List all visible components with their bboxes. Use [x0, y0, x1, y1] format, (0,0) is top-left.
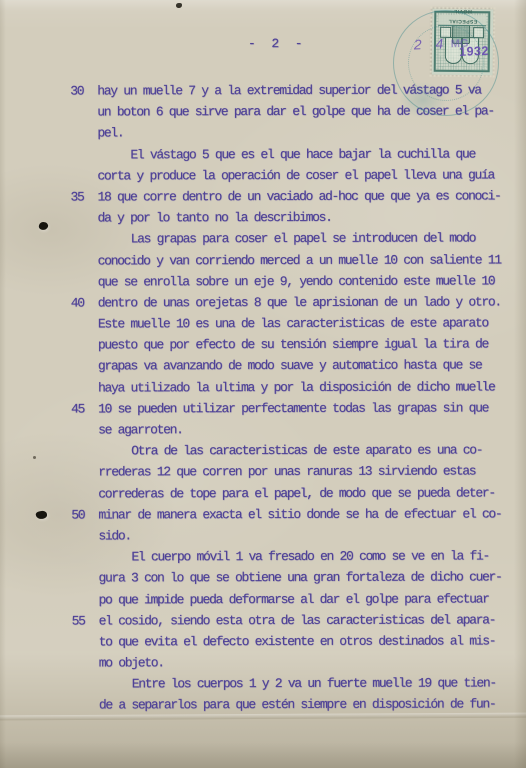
- typed-line: 4510 se pueden utilizar perfectamente to…: [0, 397, 526, 420]
- typed-text: rrederas 12 que corren por unas ranuras …: [98, 464, 475, 480]
- document-page: - 2 - ESPECIAL MOVIL 2 4 MG 1932 30hay u…: [0, 0, 526, 768]
- date-stamp-year: 1932: [459, 44, 489, 59]
- typed-text: gura 3 con lo que se obtiene una gran fo…: [98, 570, 501, 586]
- typed-line: po que impide pueda deformarse al dar el…: [1, 588, 526, 611]
- typed-text: 18 que corre dentro de un vaciado ad-hoc…: [97, 188, 500, 204]
- typed-line: gura 3 con lo que se obtiene una gran fo…: [0, 567, 526, 590]
- typed-text: da y por lo tanto no la describimos.: [98, 210, 332, 226]
- typed-line: El vástago 5 que es el que hace bajar la…: [0, 143, 525, 166]
- typed-line: Este muelle 10 es una de las caracterist…: [0, 312, 526, 335]
- text-block: 30hay un muelle 7 y a la extremidad supe…: [0, 79, 526, 716]
- typed-text: Entre los cuerpos 1 y 2 va un fuerte mue…: [99, 676, 496, 692]
- typed-text: haya utilizado la ultima y por la dispos…: [98, 379, 495, 395]
- typed-line: corta y produce la operación de coser el…: [0, 164, 525, 187]
- typed-line: Otra de las caracteristicas de este apar…: [0, 439, 526, 462]
- paper-speck: [33, 456, 36, 459]
- typed-text: Este muelle 10 es una de las caracterist…: [98, 315, 488, 331]
- typed-line: 55el cosido, siendo esta otra de las car…: [1, 609, 526, 632]
- typed-text: sido.: [98, 528, 131, 543]
- typed-line: rrederas 12 que corren por unas ranuras …: [0, 461, 526, 484]
- typed-line: to que evita el defecto existente en otr…: [1, 630, 526, 653]
- typed-line: Entre los cuerpos 1 y 2 va un fuerte mue…: [1, 673, 526, 696]
- typed-line: Las grapas para coser el papel se introd…: [0, 228, 526, 251]
- typed-text: puesto que por efecto de su tensión siem…: [98, 337, 488, 353]
- typed-text: Las grapas para coser el papel se introd…: [98, 231, 476, 247]
- typed-line: se agarroten.: [0, 418, 526, 441]
- typed-line: grapas va avanzando de modo suave y auto…: [0, 355, 526, 378]
- date-stamp-day: 2 4: [414, 35, 449, 52]
- typed-text: pel.: [97, 126, 123, 141]
- typed-text: minar de manera exacta el sitio donde se…: [98, 506, 501, 522]
- typed-line: da y por lo tanto no la describimos.: [0, 206, 526, 229]
- seal-ink-smudge: [399, 82, 447, 118]
- typed-text: El vástago 5 que es el que hace bajar la…: [97, 146, 475, 162]
- typed-text: dentro de unas orejetas 8 que le aprisio…: [98, 294, 501, 310]
- typed-text: de a separarlos para que estén siempre e…: [99, 697, 496, 713]
- line-number: 30: [0, 80, 83, 101]
- typed-text: conocido y van corriendo merced a un mue…: [98, 252, 501, 268]
- typed-line: 50minar de manera exacta el sitio donde …: [0, 503, 526, 526]
- typed-text: mo objeto.: [99, 655, 164, 670]
- typed-text: corta y produce la operación de coser el…: [97, 167, 494, 183]
- typed-line: pel.: [0, 122, 525, 145]
- line-number: 55: [1, 610, 85, 631]
- typed-line: 3518 que corre dentro de un vaciado ad-h…: [0, 185, 525, 208]
- typed-line: haya utilizado la ultima y por la dispos…: [0, 376, 526, 399]
- typed-text: Otra de las caracteristicas de este apar…: [98, 443, 482, 459]
- typed-text: correderas de tope para el papel, de mod…: [98, 485, 495, 501]
- typed-line: El cuerpo móvil 1 va fresado en 20 como …: [0, 545, 526, 568]
- date-stamp: 2 4 MG 1932: [413, 32, 500, 67]
- typed-line: de a separarlos para que estén siempre e…: [1, 694, 526, 717]
- line-number: 45: [0, 398, 84, 419]
- typed-line: 40dentro de unas orejetas 8 que le apris…: [0, 291, 526, 314]
- typed-line: que se enrolla sobre un eje 9, yendo con…: [0, 270, 526, 293]
- typed-text: to que evita el defecto existente en otr…: [99, 633, 496, 649]
- typed-text: El cuerpo móvil 1 va fresado en 20 como …: [98, 549, 489, 565]
- line-number: 40: [0, 292, 84, 313]
- typed-text: el cosido, siendo esta otra de las carac…: [99, 612, 496, 628]
- typed-text: que se enrolla sobre un eje 9, yendo con…: [98, 273, 495, 289]
- line-number: 35: [0, 186, 84, 207]
- paper-speck: [176, 3, 182, 8]
- typed-text: se agarroten.: [98, 422, 183, 437]
- page-number: - 2 -: [248, 36, 303, 51]
- typed-text: grapas va avanzando de modo suave y auto…: [98, 358, 482, 374]
- typed-text: 10 se pueden utilizar perfectamente toda…: [98, 400, 488, 416]
- typed-line: conocido y van corriendo merced a un mue…: [0, 249, 526, 272]
- typed-text: po que impide pueda deformarse al dar el…: [99, 591, 489, 607]
- typed-line: puesto que por efecto de su tensión siem…: [0, 334, 526, 357]
- typed-line: sido.: [0, 524, 526, 547]
- typed-line: mo objeto.: [1, 651, 526, 674]
- typed-line: correderas de tope para el papel, de mod…: [0, 482, 526, 505]
